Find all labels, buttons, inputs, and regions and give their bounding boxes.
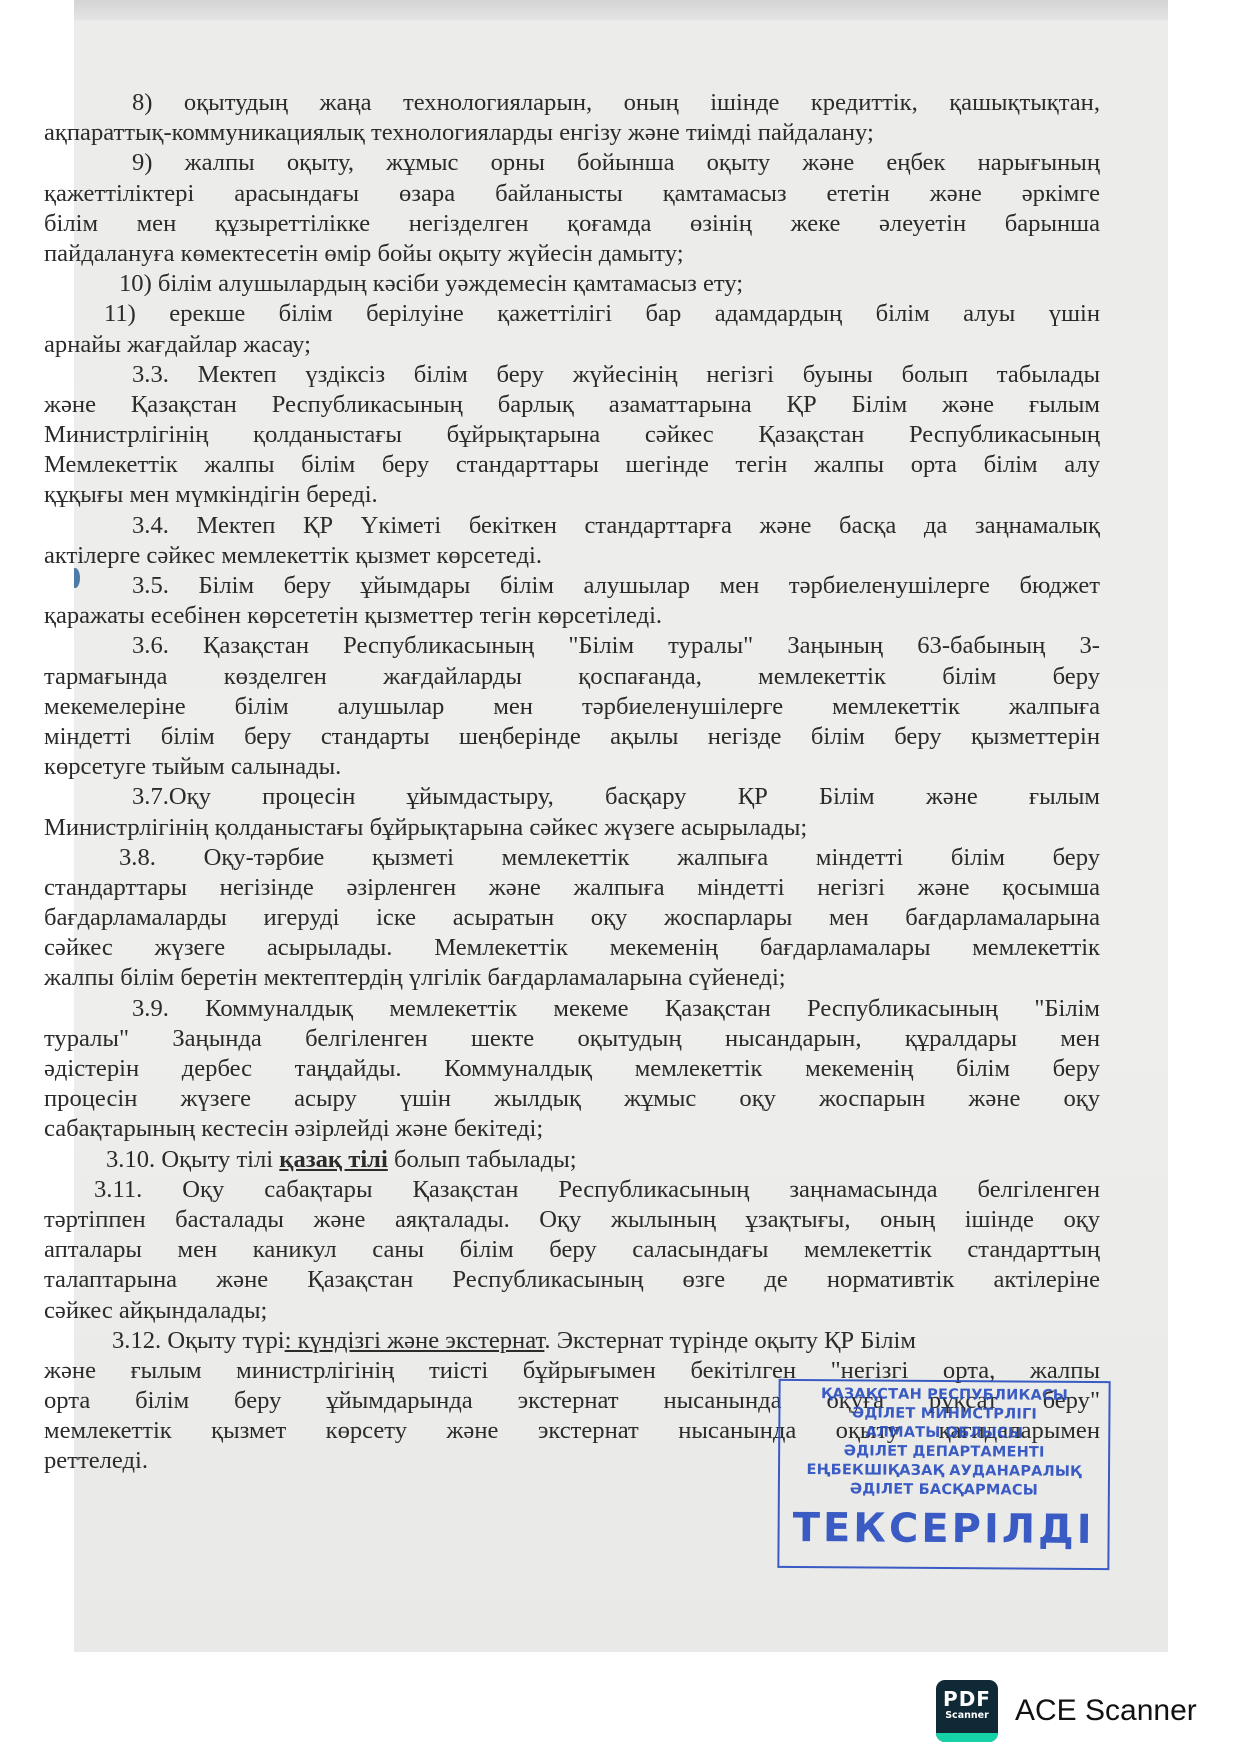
- p310-suffix: болып табылады;: [388, 1146, 577, 1173]
- stamp-line: АЛМАТЫ ОБЛЫСЫ: [780, 1423, 1108, 1444]
- stamp-line: ЕҢБЕКШІҚАЗАҚ АУДАНАРАЛЫҚ: [780, 1461, 1108, 1482]
- paragraph-3-11: 3.11. Оқу сабақтары Қазақстан Республика…: [44, 1175, 1100, 1326]
- logo-pdf-text: PDF: [936, 1688, 998, 1710]
- text-line: Министрлігінің қолданыстағы бұйрықтарына…: [44, 420, 1100, 450]
- text-line: жалпы білім беретін мектептердің үлгілік…: [44, 963, 1100, 993]
- text-line: Министрлігінің қолданыстағы бұйрықтарына…: [44, 813, 1100, 843]
- text-line: процесін жүзеге асыру үшін жылдық жұмыс …: [44, 1084, 1100, 1114]
- text-line: және Қазақстан Республикасының барлық аз…: [44, 390, 1100, 420]
- language-emphasis: қазақ тілі: [279, 1146, 388, 1173]
- text-line: тәртіппен басталады және аяқталады. Оқу …: [44, 1205, 1100, 1235]
- p312-suffix: . Экстернат түрінде оқыту ҚР Білім: [544, 1327, 916, 1354]
- document-body: 8) оқытудың жаңа технологияларын, оның і…: [44, 88, 1100, 1477]
- text-line: 3.7.Оқу процесін ұйымдастыру, басқару ҚР…: [44, 782, 1100, 812]
- p310-prefix: 3.10. Оқыту тілі: [106, 1146, 279, 1173]
- text-line: 3.8. Оқу-тәрбие қызметі мемлекеттік жалп…: [44, 843, 1100, 873]
- stamp-line: ӘДІЛЕТ ДЕПАРТАМЕНТІ: [780, 1442, 1108, 1463]
- text-line: 3.6. Қазақстан Республикасының "Білім ту…: [44, 631, 1100, 661]
- text-line: 3.3. Мектеп үздіксіз білім беру жүйесіні…: [44, 360, 1100, 390]
- text-line: арнайы жағдайлар жасау;: [44, 330, 1100, 360]
- text-line: қажеттіліктері арасындағы өзара байланыс…: [44, 179, 1100, 209]
- study-form-emphasis: : күндізгі және экстернат: [285, 1327, 545, 1354]
- text-line: Мемлекеттік жалпы білім беру стандарттар…: [44, 450, 1100, 480]
- text-line: пайдалануға көмектесетін өмір бойы оқыту…: [44, 239, 1100, 269]
- stamp-line: ӘДІЛЕТ БАСҚАРМАСЫ: [780, 1480, 1108, 1501]
- text-line: талаптарына және Қазақстан Республикасын…: [44, 1265, 1100, 1295]
- paragraph-3-10: 3.10. Оқыту тілі қазақ тілі болып табыла…: [44, 1145, 1100, 1175]
- text-line: көрсетуге тыйым салынады.: [44, 752, 1100, 782]
- text-line: тармағында көзделген жағдайларды қоспаға…: [44, 662, 1100, 692]
- text-line: 10) білім алушылардың кәсіби уәждемесін …: [44, 269, 1100, 299]
- text-line: сәйкес жүзеге асырылады. Мемлекеттік мек…: [44, 933, 1100, 963]
- text-line: стандарттары негізінде әзірленген және ж…: [44, 873, 1100, 903]
- stamp-line: ӘДІЛЕТ МИНИСТРЛІГІ: [780, 1404, 1108, 1425]
- scanner-brand-name: ACE Scanner: [1015, 1693, 1197, 1729]
- text-line: бағдарламаларды игеруді іске асыратын оқ…: [44, 903, 1100, 933]
- text-line: әдістерін дербес таңдайды. Коммуналдық м…: [44, 1054, 1100, 1084]
- text-line: 11) ерекше білім берілуіне қажеттілігі б…: [44, 299, 1100, 329]
- text-line: апталары мен каникул саны білім беру сал…: [44, 1235, 1100, 1265]
- pdf-scanner-logo-icon: PDF Scanner: [936, 1680, 998, 1742]
- text-line: құқығы мен мүмкіндігін береді.: [44, 480, 1100, 510]
- text-line: ақпараттық-коммуникациялық технологиялар…: [44, 118, 1100, 148]
- text-line: сәйкес айқындалады;: [44, 1296, 1100, 1326]
- text-line: қаражаты есебінен көрсететін қызметтер т…: [44, 601, 1100, 631]
- paragraph-3-12-first-line: 3.12. Оқыту түрі: күндізгі және экстерна…: [44, 1326, 1100, 1356]
- page-edge-shadow: [74, 0, 1168, 20]
- text-line: 8) оқытудың жаңа технологияларын, оның і…: [44, 88, 1100, 118]
- text-line: 3.11. Оқу сабақтары Қазақстан Республика…: [44, 1175, 1100, 1205]
- text-line: 3.5. Білім беру ұйымдары білім алушылар …: [44, 571, 1100, 601]
- text-line: туралы" Заңында белгіленген шекте оқытуд…: [44, 1024, 1100, 1054]
- text-line: 9) жалпы оқыту, жұмыс орны бойынша оқыту…: [44, 148, 1100, 178]
- text-line: міндетті білім беру стандарты шеңберінде…: [44, 722, 1100, 752]
- text-line: мекемелеріне білім алушылар мен тәрбиеле…: [44, 692, 1100, 722]
- paragraphs-3-2-to-3-9: 8) оқытудың жаңа технологияларын, оның і…: [44, 88, 1100, 1145]
- logo-scanner-text: Scanner: [936, 1710, 998, 1722]
- text-line: сабақтарының кестесін әзірлейді және бек…: [44, 1114, 1100, 1144]
- logo-accent-bar: [936, 1733, 998, 1742]
- verification-stamp: ҚАЗАҚСТАН РЕСПУБЛИКАСЫӘДІЛЕТ МИНИСТРЛІГІ…: [777, 1379, 1110, 1570]
- stamp-verdict: ТЕКСЕРІЛДІ: [779, 1503, 1107, 1555]
- p312-prefix: 3.12. Оқыту түрі: [112, 1327, 285, 1354]
- text-line: білім мен құзыреттілікке негізделген қоғ…: [44, 209, 1100, 239]
- text-line: 3.4. Мектеп ҚР Үкіметі бекіткен стандарт…: [44, 511, 1100, 541]
- stamp-authority-text: ҚАЗАҚСТАН РЕСПУБЛИКАСЫӘДІЛЕТ МИНИСТРЛІГІ…: [780, 1385, 1109, 1501]
- text-line: 3.9. Коммуналдық мемлекеттік мекеме Қаза…: [44, 994, 1100, 1024]
- stamp-line: ҚАЗАҚСТАН РЕСПУБЛИКАСЫ: [780, 1385, 1108, 1406]
- text-line: актілерге сәйкес мемлекеттік қызмет көрс…: [44, 541, 1100, 571]
